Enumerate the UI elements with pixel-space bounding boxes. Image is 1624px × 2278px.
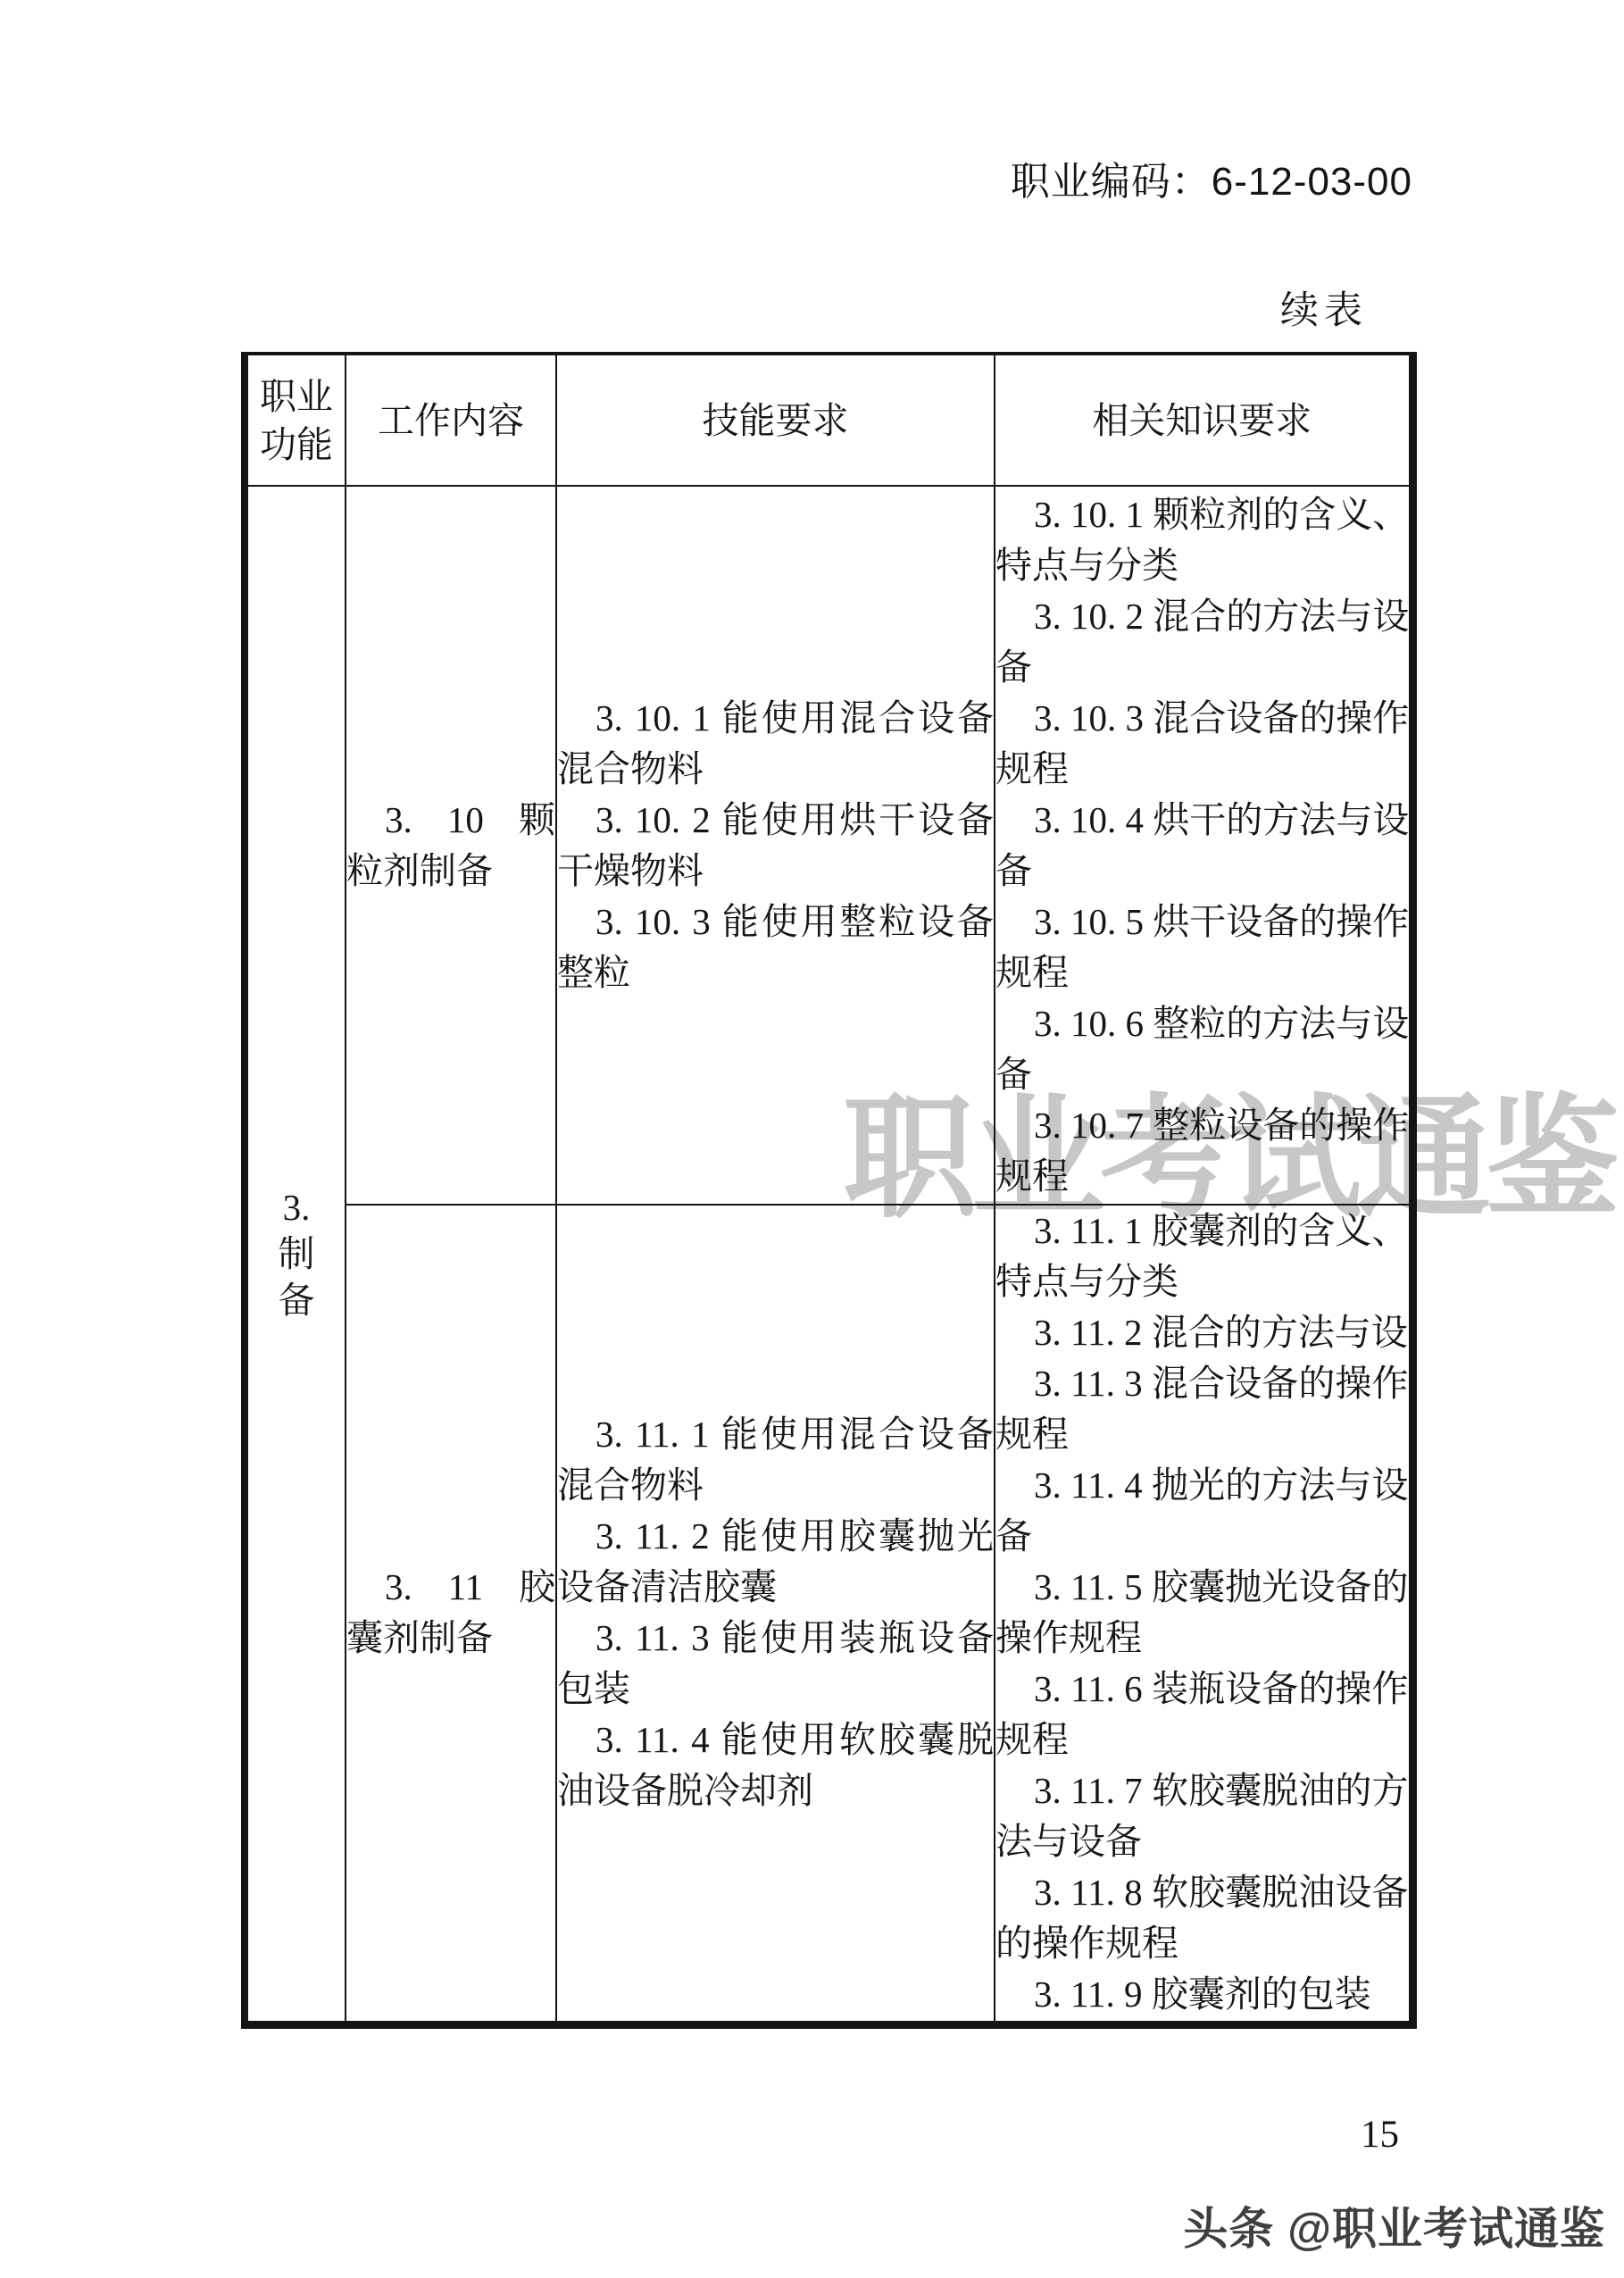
text-line: 规程: [995, 947, 1409, 998]
text-line: 特点与分类: [995, 540, 1409, 591]
text-line: 混合物料: [557, 744, 994, 795]
standard-table-wrapper: 职业功能 工作内容 技能要求 相关知识要求 3.制备 3. 10 颗粒剂制备 3…: [241, 352, 1417, 2029]
document-page: 职业编码：6-12-03-00 续表 职业考试通鉴 职业功能 工作内容 技能要求…: [0, 0, 1624, 2278]
text-line: 3. 11. 1 胶囊剂的含义、: [995, 1206, 1409, 1256]
text-line: 规程: [995, 1715, 1409, 1765]
occupation-code-label: 职业编码：6-12-03-00: [1011, 162, 1412, 203]
text-line: 整粒: [557, 947, 994, 998]
function-cell-preparation: 3.制备: [245, 486, 346, 2024]
text-line: 3. 10. 1 能使用混合设备: [557, 693, 994, 744]
continued-table-label: 续表: [1280, 291, 1368, 331]
skills-cell-capsules: 3. 11. 1 能使用混合设备混合物料3. 11. 2 能使用胶囊抛光设备清洁…: [556, 1205, 995, 2024]
text-line: 3. 10. 7 整粒设备的操作: [995, 1100, 1409, 1151]
header-row: 职业功能 工作内容 技能要求 相关知识要求: [245, 354, 1412, 486]
text-line: 法与设备: [995, 1816, 1409, 1867]
column-header-work-content: 工作内容: [346, 354, 556, 486]
work-content-cell-capsules: 3. 11 胶囊剂制备: [346, 1205, 556, 2024]
text-line: 备: [995, 1511, 1409, 1562]
footer-watermark: 头条 @职业考试通鉴: [1183, 2202, 1605, 2256]
column-header-skill-requirements: 技能要求: [556, 354, 995, 486]
text-line: 3. 11. 5 胶囊抛光设备的: [995, 1562, 1409, 1613]
text-line: 3. 11. 1 能使用混合设备: [557, 1409, 994, 1460]
page-number: 15: [1361, 2115, 1399, 2155]
text-line: 3. 10. 2 混合的方法与设: [995, 591, 1409, 642]
text-line: 3. 10 颗: [346, 795, 555, 846]
text-line: 功能: [248, 421, 345, 469]
text-line: 规程: [995, 1409, 1409, 1460]
text-line: 3. 10. 2 能使用烘干设备: [557, 795, 994, 846]
text-line: 3. 11. 8 软胶囊脱油设备: [995, 1867, 1409, 1918]
text-line: 3.: [248, 1184, 345, 1231]
text-line: 3. 11 胶: [346, 1562, 555, 1613]
text-line: 3. 11. 6 装瓶设备的操作: [995, 1664, 1409, 1715]
skills-cell-granules: 3. 10. 1 能使用混合设备混合物料3. 10. 2 能使用烘干设备干燥物料…: [556, 486, 995, 1205]
text-line: 3. 10. 4 烘干的方法与设: [995, 795, 1409, 846]
text-line: 干燥物料: [557, 846, 994, 897]
table-row: 3.制备 3. 10 颗粒剂制备 3. 10. 1 能使用混合设备混合物料3. …: [245, 486, 1412, 1205]
knowledge-cell-capsules: 3. 11. 1 胶囊剂的含义、特点与分类3. 11. 2 混合的方法与设备3.…: [995, 1205, 1412, 2024]
text-line: 3. 11. 9 胶囊剂的包装: [995, 1969, 1409, 2020]
text-line: 3. 10. 5 烘干设备的操作: [995, 897, 1409, 947]
text-line: 3. 11. 4 抛光的方法与设: [995, 1460, 1409, 1511]
text-line: 备: [995, 1049, 1409, 1100]
text-line: 制: [248, 1231, 345, 1277]
text-line: 3. 11. 2 混合的方法与设备: [995, 1307, 1409, 1358]
text-line: 备: [995, 846, 1409, 897]
text-line: 3. 11. 3 能使用装瓶设备: [557, 1613, 994, 1664]
text-line: 3. 10. 1 颗粒剂的含义、: [995, 489, 1409, 540]
text-line: 备: [995, 642, 1409, 693]
table-row: 3. 11 胶囊剂制备 3. 11. 1 能使用混合设备混合物料3. 11. 2…: [245, 1205, 1412, 2024]
text-line: 的操作规程: [995, 1918, 1409, 1969]
text-line: 职业: [248, 372, 345, 421]
text-line: 粒剂制备: [346, 846, 555, 897]
knowledge-cell-granules: 3. 10. 1 颗粒剂的含义、特点与分类3. 10. 2 混合的方法与设备3.…: [995, 486, 1412, 1205]
text-line: 混合物料: [557, 1460, 994, 1511]
text-line: 3. 11. 3 混合设备的操作: [995, 1358, 1409, 1409]
text-line: 规程: [995, 1151, 1409, 1202]
text-line: 囊剂制备: [346, 1613, 555, 1664]
text-line: 3. 11. 4 能使用软胶囊脱: [557, 1715, 994, 1765]
text-line: 规程: [995, 744, 1409, 795]
text-line: 油设备脱冷却剂: [557, 1765, 994, 1816]
text-line: 设备清洁胶囊: [557, 1562, 994, 1613]
column-header-function: 职业功能: [245, 354, 346, 486]
work-content-cell-granules: 3. 10 颗粒剂制备: [346, 486, 556, 1205]
text-line: 包装: [557, 1664, 994, 1715]
text-line: 3. 11. 2 能使用胶囊抛光: [557, 1511, 994, 1562]
text-line: 特点与分类: [995, 1256, 1409, 1307]
text-line: 3. 10. 3 混合设备的操作: [995, 693, 1409, 744]
text-line: 3. 10. 6 整粒的方法与设: [995, 998, 1409, 1049]
text-line: 操作规程: [995, 1613, 1409, 1664]
text-line: 3. 11. 7 软胶囊脱油的方: [995, 1765, 1409, 1816]
text-line: 3. 10. 3 能使用整粒设备: [557, 897, 994, 947]
text-line: 备: [248, 1277, 345, 1323]
column-header-knowledge-requirements: 相关知识要求: [995, 354, 1412, 486]
occupational-standard-table: 职业功能 工作内容 技能要求 相关知识要求 3.制备 3. 10 颗粒剂制备 3…: [241, 352, 1417, 2029]
